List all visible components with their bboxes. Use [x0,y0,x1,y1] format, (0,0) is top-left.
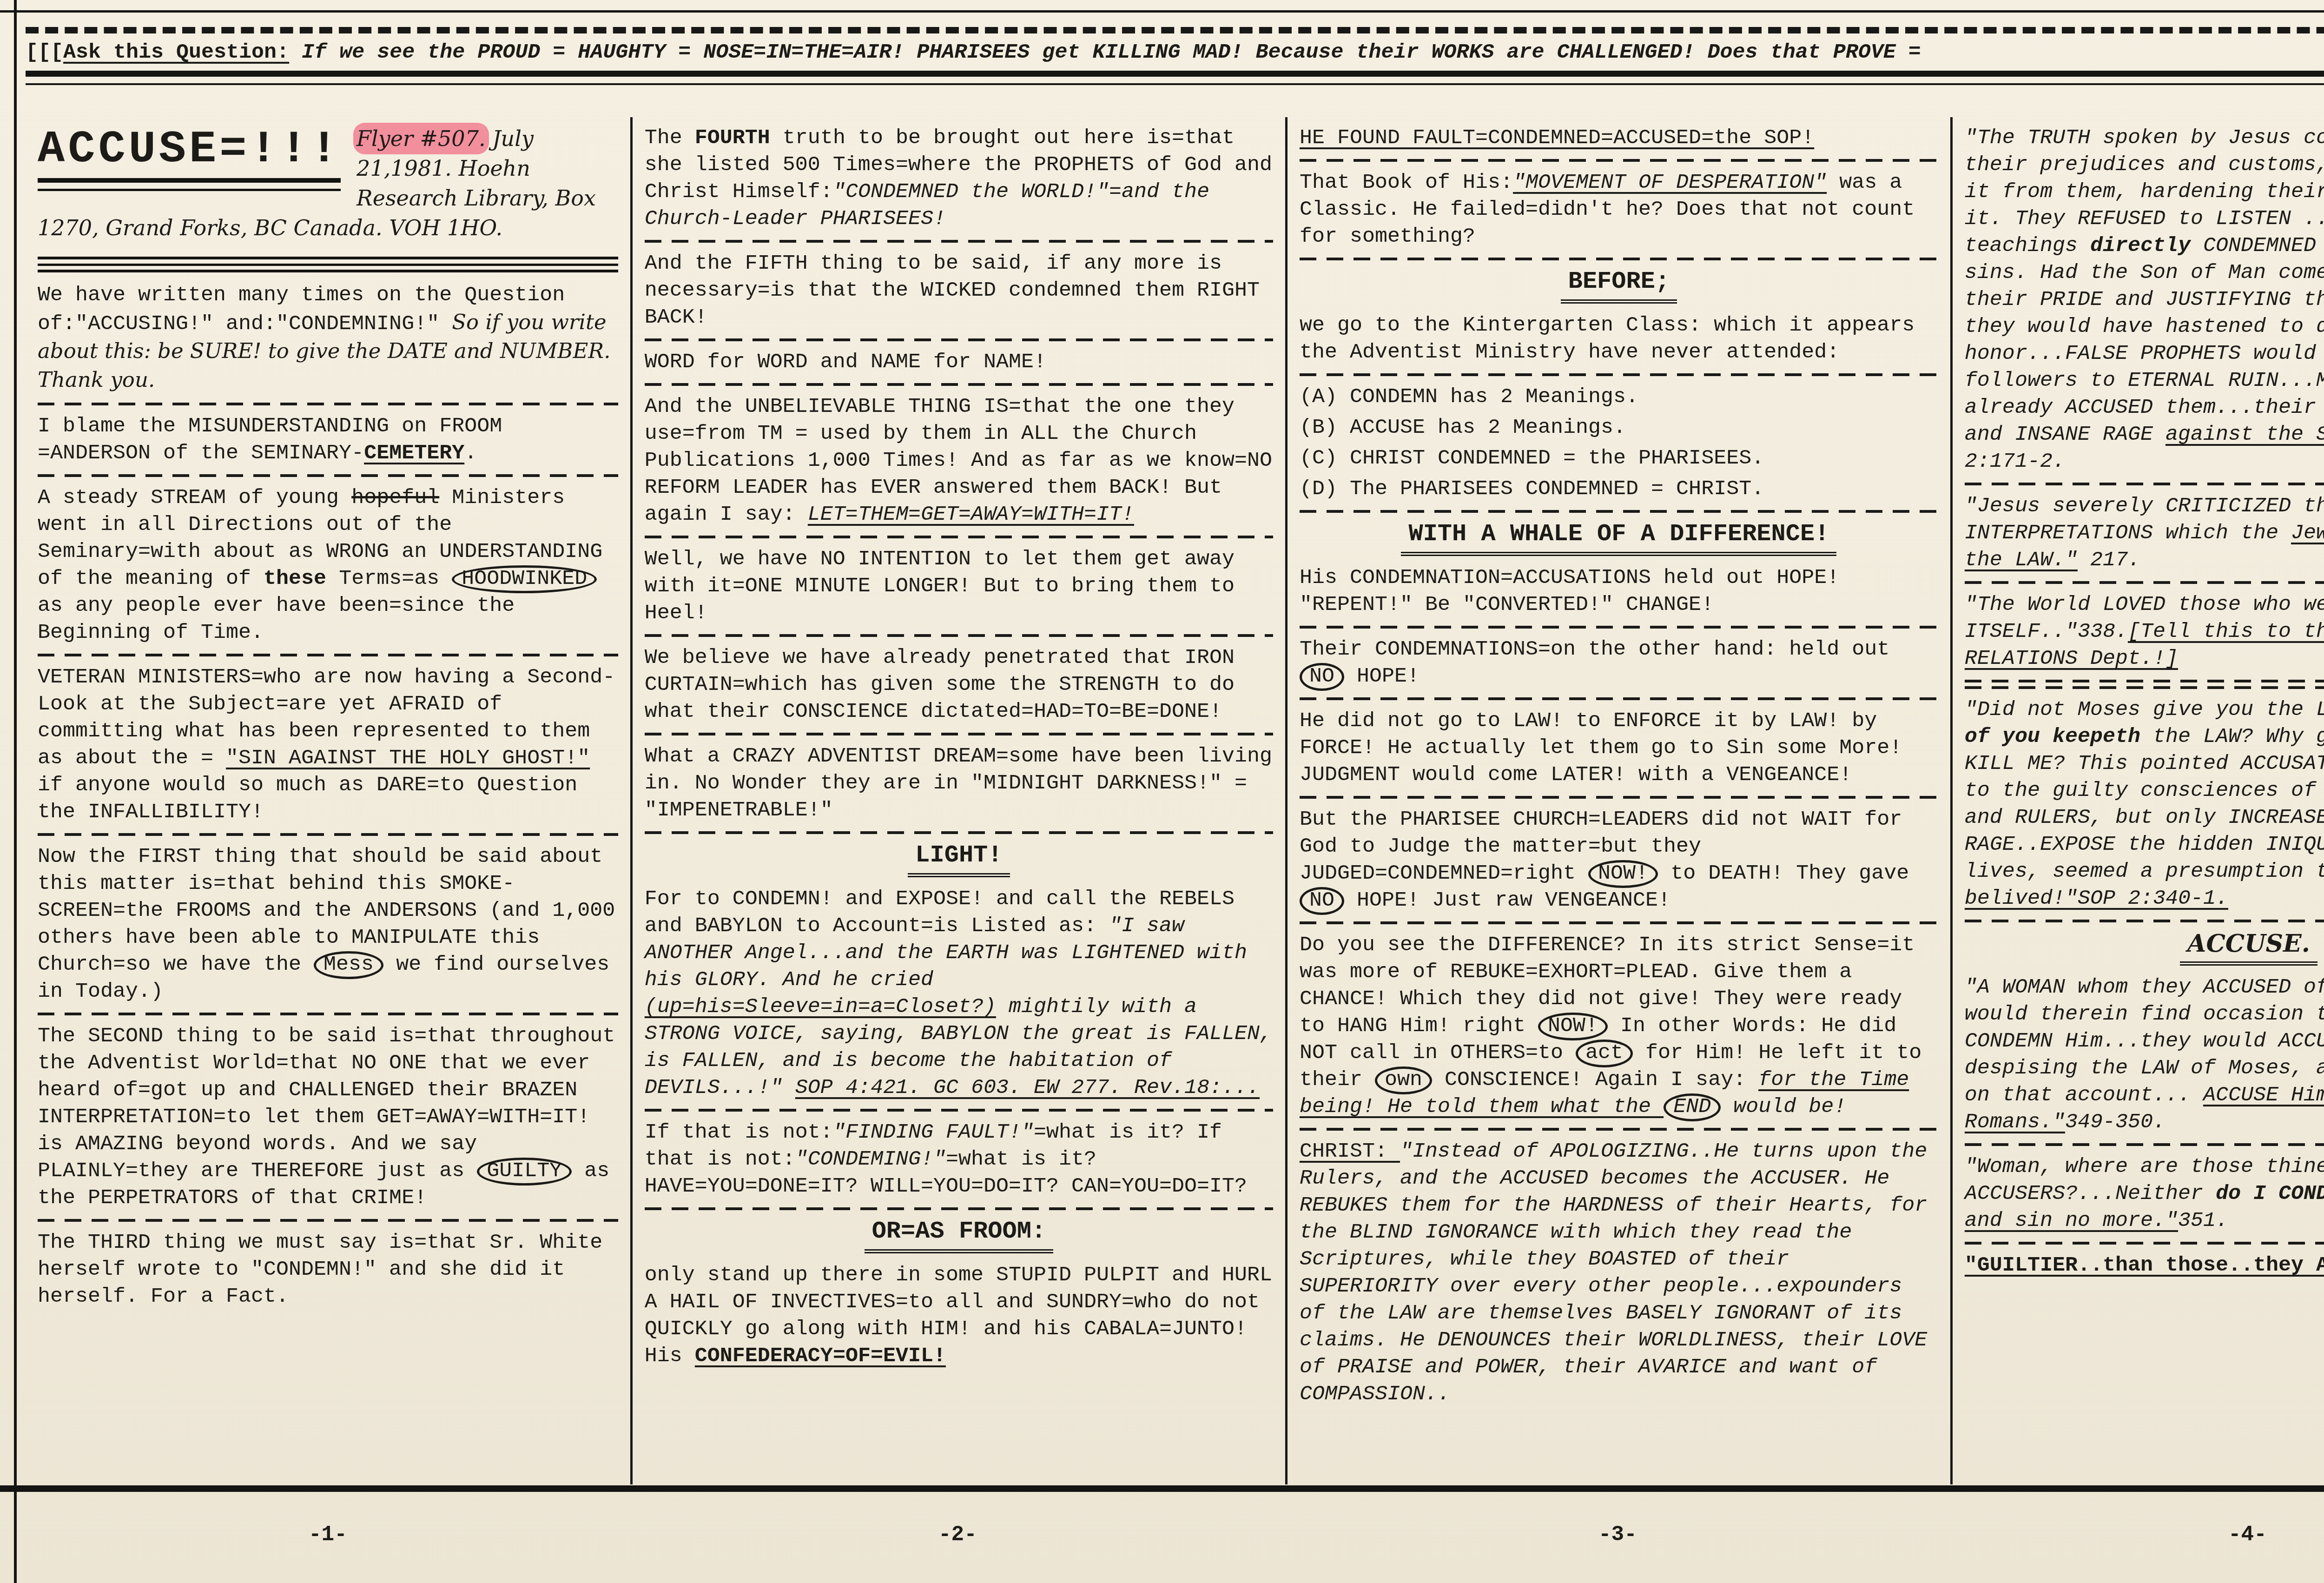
text-run: NO [1300,663,1344,691]
dashed-separator [1300,258,1938,260]
paragraph: And the FIFTH thing to be said, if any m… [645,250,1273,331]
dashed-separator [645,733,1273,735]
text-run: hopeful [351,486,439,510]
paragraph: "Did not Moses give you the LAW, and yet… [1965,696,2324,912]
dashed-separator [645,536,1273,538]
dashed-separator [1300,796,1938,799]
column-1: ACCUSE=!!! Flyer #507. July 21,1981. Hoe… [26,117,630,1484]
text-run: SOP 4:421. GC 603. EW 277. Rev.18:... [795,1076,1260,1099]
dashed-separator [1300,626,1938,629]
column-3: HE FOUND FAULT=CONDEMNED=ACCUSED=the SOP… [1285,117,1950,1484]
flyer-title: ACCUSE=!!! [38,127,341,181]
page-number: -2- [630,1523,1285,1547]
text-run: WORD for WORD and NAME for NAME! [645,350,1046,374]
text-run: "FINDING FAULT!" [833,1120,1034,1144]
text-run: Flyer #507. [357,126,485,151]
paragraph: "Jesus severely CRITICIZED the FALSE INT… [1965,493,2324,574]
text-run: END [1664,1093,1721,1121]
paragraph: For to CONDEMN! and EXPOSE! and call the… [645,886,1273,1101]
text-run: We believe we have already penetrated th… [645,646,1235,723]
text-run: GUILTY [477,1158,572,1186]
text-run: "CONDEMING!" [795,1147,946,1171]
paragraph: The THIRD thing we must say is=that Sr. … [38,1229,618,1310]
bottom-thick-rule [0,1485,2324,1492]
paragraph: His CONDEMNATION=ACCUSATIONS held out HO… [1300,564,1938,618]
dashed-separator [1300,1128,1938,1131]
text-run: WITH A WHALE OF A DIFFERENCE! [1401,520,1836,556]
paragraph: He did not go to LAW! to ENFORCE it by L… [1300,708,1938,788]
text-run: Well, we have NO INTENTION to let them g… [645,547,1235,625]
text-run: BEFORE; [1561,268,1677,304]
text-run: 217. [2078,548,2140,572]
dashed-separator [38,403,618,405]
text-run: LET=THEM=GET=AWAY=WITH=IT! [808,503,1134,526]
paragraph: CHRIST: "Instead of APOLOGIZING..He turn… [1300,1138,1938,1408]
column-2: The FOURTH truth to be brought out here … [630,117,1285,1484]
text-run: He did not go to LAW! to ENFORCE it by L… [1300,709,1902,787]
section-heading-accuse: ACCUSE. [1965,930,2324,966]
paragraph: Now the FIRST thing that should be said … [38,843,618,1005]
text-run: What a CRAZY ADVENTIST DREAM=some have b… [645,744,1272,822]
text-run: would be! [1721,1095,1846,1119]
paragraph: HE FOUND FAULT=CONDEMNED=ACCUSED=the SOP… [1300,125,1938,152]
text-run: CONDEMNED their cherished sins. Had the … [1965,234,2324,446]
dashed-top-rule [26,27,2324,33]
text-run: HOODWINKED [452,565,597,593]
column-4: "The TRUTH spoken by Jesus collided with… [1950,117,2324,1484]
list-item: (B) ACCUSE has 2 Meanings. [1300,414,1938,441]
text-run: NO [1300,887,1344,915]
dashed-separator [1300,921,1938,924]
text-run: If we see the PROUD = HAUGHTY = NOSE=IN=… [289,40,1921,64]
text-run: NOW! [1538,1013,1608,1040]
paragraph: Well, we have NO INTENTION to let them g… [645,546,1273,627]
dashed-separator [38,833,618,836]
dashed-separator [38,474,618,477]
dashed-separator [645,338,1273,341]
paragraph: A steady STREAM of young hopeful Ministe… [38,484,618,646]
text-run: we go to the Kintergarten Class: which i… [1300,313,1915,364]
dashed-separator [38,654,618,656]
section-heading-whale-difference: WITH A WHALE OF A DIFFERENCE! [1300,520,1938,556]
text-run: to DEATH! They gave [1658,861,1909,885]
text-run: HE FOUND FAULT=CONDEMNED=ACCUSED=the SOP… [1300,126,1814,150]
text-run: 351. [2178,1209,2228,1232]
dashed-separator [645,240,1273,243]
text-run: OR=AS FROOM: [865,1218,1053,1253]
text-run: (C) CHRIST CONDEMNED = the PHARISEES. [1300,446,1764,470]
text-run: "GUILTIER..than those..they ACCUSE." [1965,1253,2324,1277]
paragraph: only stand up there in some STUPID PULPI… [645,1262,1273,1370]
text-run: (up=his=Sleeve=in=a=Closet?) [645,995,996,1019]
paragraph: "Woman, where are those thine ACCUSERS?.… [1965,1153,2324,1234]
flyer-masthead: ACCUSE=!!! Flyer #507. July 21,1981. Hoe… [38,125,618,272]
text-run: CONFEDERACY=OF=EVIL! [695,1344,946,1368]
header-question-line: [[[Ask this Question: If we see the PROU… [26,40,2324,65]
text-run: The [645,126,695,150]
dashed-separator [1300,159,1938,162]
dashed-separator [1965,1242,2324,1245]
paragraph: That Book of His:"MOVEMENT OF DESPERATIO… [1300,169,1938,250]
top-frame-line [0,10,2324,13]
text-run: CHRIST: [1300,1139,1400,1163]
paragraph: "GUILTIER..than those..they ACCUSE." 354… [1965,1252,2324,1279]
paragraph: Do you see the DIFFERENCE? In its strict… [1300,932,1938,1120]
dashed-separator [645,383,1273,386]
text-run: directly [2090,234,2191,258]
text-run: "Did not Moses give you the LAW, and yet… [1965,698,2324,722]
section-heading-before: BEFORE; [1300,268,1938,304]
text-run: "Jesus severely CRITICIZED the FALSE INT… [1965,494,2324,545]
left-frame-line [14,0,17,1583]
paragraph: If that is not:"FINDING FAULT!"=what is … [645,1119,1273,1200]
text-run: HOPE! Just raw VENGEANCE! [1344,888,1670,912]
text-run: "MOVEMENT OF DESPERATION" [1513,171,1827,194]
text-run: as any people ever have been=since the B… [38,594,515,644]
text-run: NOW! [1588,860,1658,888]
column-area: ACCUSE=!!! Flyer #507. July 21,1981. Hoe… [26,117,2324,1484]
section-heading-or-as-froom: OR=AS FROOM: [645,1218,1273,1253]
text-run: (D) The PHARISEES CONDEMNED = CHRIST. [1300,477,1764,501]
text-run: If that is not: [645,1120,833,1144]
text-run: His CONDEMNATION=ACCUSATIONS held out HO… [1300,566,1839,616]
text-run: if anyone would so much as DARE=to Quest… [38,773,577,824]
text-run: CEMETERY [364,441,464,465]
paragraph: VETERAN MINISTERS=who are now having a S… [38,664,618,826]
text-run: of you keepeth [1965,725,2140,748]
dashed-separator [1965,483,2324,485]
list-item: (C) CHRIST CONDEMNED = the PHARISEES. [1300,445,1938,472]
text-run: And the FIFTH thing to be said, if any m… [645,252,1260,329]
text-run: these [264,567,326,590]
page-number-row: -1- -2- -3- -4- [26,1523,2324,1547]
dashed-separator [38,1219,618,1222]
text-run: . [464,441,477,465]
paragraph: "A WOMAN whom they ACCUSED of adultery..… [1965,974,2324,1136]
paragraph: we go to the Kintergarten Class: which i… [1300,312,1938,366]
scanned-flyer-page: [[[Ask this Question: If we see the PROU… [0,0,2324,1583]
dashed-separator [1965,1143,2324,1146]
page-number: -1- [26,1523,630,1547]
text-run: Terms=as [326,567,452,590]
text-run: ACCUSE. [2180,930,2317,966]
paragraph: We have written many times on the Questi… [38,282,618,395]
paragraph: We believe we have already penetrated th… [645,644,1273,725]
triple-rule [38,257,618,272]
header-thin-rule [26,83,2324,85]
paragraph: "The World LOVED those who were LIKE ITS… [1965,591,2324,672]
text-run: A steady STREAM of young [38,486,351,510]
text-run: own [1375,1066,1432,1094]
paragraph: The SECOND thing to be said is=that thro… [38,1023,618,1212]
text-run: "SIN AGAINST THE HOLY GHOST!" [226,746,590,770]
text-run: act [1576,1040,1633,1067]
paragraph: Their CONDEMNATIONS=on the other hand: h… [1300,636,1938,690]
text-run: against the Saviour." [2166,423,2324,446]
paragraph: And the UNBELIEVABLE THING IS=that the o… [645,393,1273,528]
text-run: [[[ [26,40,63,64]
paragraph: WORD for WORD and NAME for NAME! [645,349,1273,376]
dashed-separator [1300,697,1938,700]
text-run: LIGHT! [908,841,1010,877]
dashed-separator [645,1109,1273,1112]
double-dashed-separator [1965,680,2324,689]
text-run: That Book of His: [1300,171,1513,194]
paragraph: The FOURTH truth to be brought out here … [645,125,1273,232]
text-run: (B) ACCUSE has 2 Meanings. [1300,416,1626,439]
dashed-separator [1300,510,1938,513]
text-run: CONSCIENCE! Again I say: [1432,1068,1758,1092]
text-run: (A) CONDEMN has 2 Meanings. [1300,385,1638,409]
section-heading-light: LIGHT! [645,841,1273,877]
paragraph: "The TRUTH spoken by Jesus collided with… [1965,125,2324,475]
page-number: -4- [1950,1523,2324,1547]
dashed-separator [38,1013,618,1015]
paragraph: What a CRAZY ADVENTIST DREAM=some have b… [645,743,1273,824]
dashed-separator [1965,920,2324,922]
text-run: the LAW? Why go ye about to KILL ME? Thi… [1965,725,2324,883]
list-item: (D) The PHARISEES CONDEMNED = CHRIST. [1300,476,1938,503]
dashed-separator [1300,373,1938,376]
text-run: "Instead of APOLOGIZING..He turns upon t… [1300,1139,1927,1406]
text-run: The THIRD thing we must say is=that Sr. … [38,1231,602,1308]
text-run: 349-350. [2065,1110,2166,1134]
text-run: do I CONDEMN [2216,1182,2324,1205]
header-thick-rule [26,71,2324,77]
text-run: Ask this Question: [63,40,289,64]
dashed-separator [645,1207,1273,1210]
dashed-separator [645,634,1273,637]
paragraph: I blame the MISUNDERSTANDING on FROOM =A… [38,413,618,467]
text-run: FOURTH [695,126,770,150]
paragraph: But the PHARISEE CHURCH=LEADERS did not … [1300,806,1938,914]
dashed-separator [645,831,1273,834]
header-banner: [[[Ask this Question: If we see the PROU… [26,27,2324,85]
dashed-separator [1965,581,2324,584]
text-run: Their CONDEMNATIONS=on the other hand: h… [1300,637,1889,661]
text-run: Mess [314,951,383,979]
list-item: (A) CONDEMN has 2 Meanings. [1300,384,1938,411]
page-number: -3- [1285,1523,1950,1547]
text-run: HOPE! [1344,664,1419,688]
